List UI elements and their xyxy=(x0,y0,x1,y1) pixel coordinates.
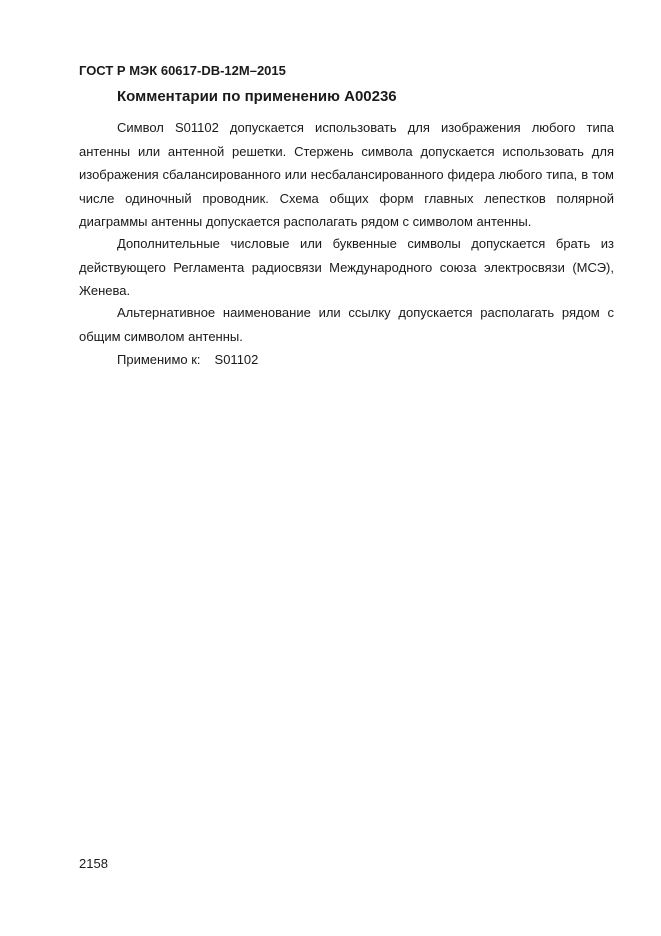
paragraph-2: Дополнительные числовые или буквенные си… xyxy=(79,232,614,303)
page-number: 2158 xyxy=(79,856,108,871)
applies-to: Применимо к:S01102 xyxy=(117,348,258,372)
paragraph-text: Дополнительные числовые или буквенные си… xyxy=(79,232,614,303)
paragraph-text: Символ S01102 допускается использовать д… xyxy=(79,116,614,234)
paragraph-1: Символ S01102 допускается использовать д… xyxy=(79,116,614,234)
applies-to-label: Применимо к: xyxy=(117,352,201,367)
paragraph-3: Альтернативное наименование или ссылку д… xyxy=(79,301,614,348)
section-title: Комментарии по применению А00236 xyxy=(117,88,397,105)
document-header: ГОСТ Р МЭК 60617-DB-12M–2015 xyxy=(79,63,286,78)
paragraph-text: Альтернативное наименование или ссылку д… xyxy=(79,301,614,348)
applies-to-value: S01102 xyxy=(215,352,259,367)
